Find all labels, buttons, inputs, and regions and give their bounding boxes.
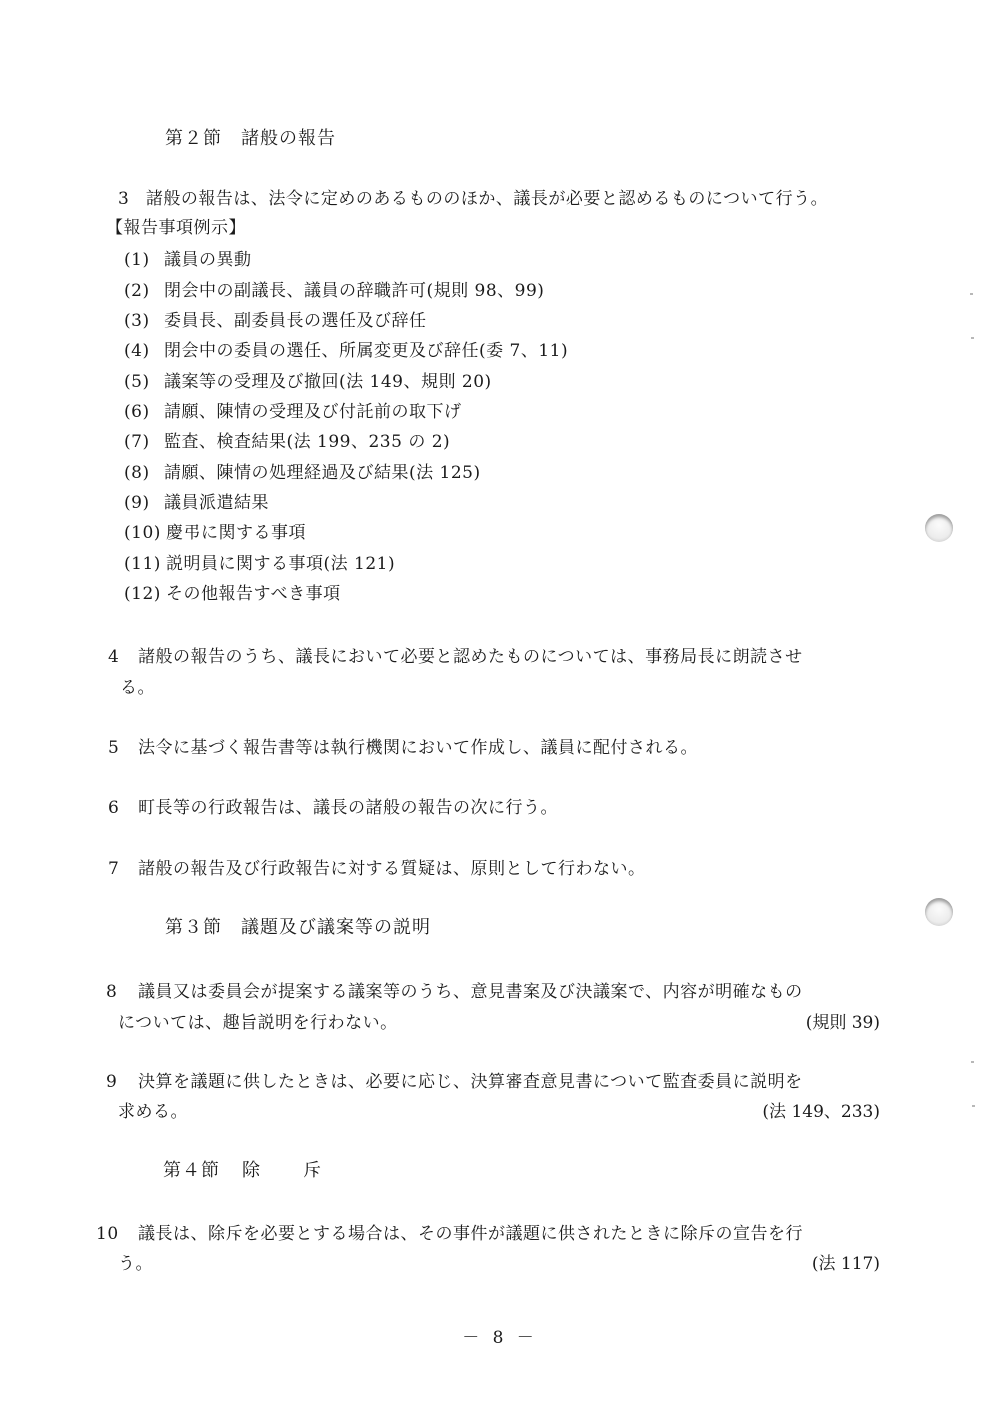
paragraph-text: 諸般の報告のうち、議長において必要と認めたものについては、事務局長に朗読させ bbox=[138, 647, 803, 667]
paragraph-9-line-1: 9決算を議題に供したときは、必要に応じ、決算審査意見書について監査委員に説明を bbox=[106, 1071, 803, 1093]
item-text: 閉会中の副議長、議員の辞職許可(規則 98、99) bbox=[164, 281, 544, 301]
paragraph-text: 議員又は委員会が提案する議案等のうち、意見書案及び決議案で、内容が明確なもの bbox=[138, 982, 803, 1002]
scan-speck bbox=[972, 1105, 975, 1107]
reference-citation: (法 117) bbox=[812, 1253, 880, 1275]
paragraph-number: 8 bbox=[106, 981, 138, 1003]
paragraph-text: 諸般の報告及び行政報告に対する質疑は、原則として行わない。 bbox=[138, 859, 646, 879]
item-marker: (3) bbox=[124, 310, 164, 332]
item-marker: (10) bbox=[124, 522, 166, 544]
example-item-8: (8)請願、陳情の処理経過及び結果(法 125) bbox=[124, 462, 481, 484]
page-number: － 8 － bbox=[0, 1323, 1000, 1348]
item-marker: (9) bbox=[124, 492, 164, 514]
paragraph-10-line-1: 10議長は、除斥を必要とする場合は、その事件が議題に供されたときに除斥の宣告を行 bbox=[96, 1223, 803, 1245]
paragraph-9-line-2: 求める。 bbox=[118, 1101, 188, 1123]
item-text: 議員の異動 bbox=[164, 250, 252, 270]
paragraph-text: 議長は、除斥を必要とする場合は、その事件が議題に供されたときに除斥の宣告を行 bbox=[138, 1224, 803, 1244]
reference-citation: (規則 39) bbox=[806, 1012, 880, 1034]
item-text: 議案等の受理及び撤回(法 149、規則 20) bbox=[164, 372, 492, 392]
item-text: 議員派遣結果 bbox=[164, 493, 269, 513]
paragraph-8-line-2: については、趣旨説明を行わない。 bbox=[118, 1012, 398, 1034]
paragraph-text: 法令に基づく報告書等は執行機関において作成し、議員に配付される。 bbox=[138, 738, 698, 758]
paragraph-4-line-1: 4諸般の報告のうち、議長において必要と認めたものについては、事務局長に朗読させ bbox=[108, 646, 803, 668]
paragraph-number: 5 bbox=[108, 737, 138, 759]
item-marker: (11) bbox=[124, 553, 166, 575]
item-text: 請願、陳情の処理経過及び結果(法 125) bbox=[164, 463, 481, 483]
example-item-9: (9)議員派遣結果 bbox=[124, 492, 269, 514]
item-text: 慶弔に関する事項 bbox=[166, 523, 306, 543]
section-title-char-1: 除 bbox=[242, 1160, 261, 1181]
section-heading-2: 第２節 諸般の報告 bbox=[165, 128, 336, 150]
example-item-3: (3)委員長、副委員長の選任及び辞任 bbox=[124, 310, 427, 332]
paragraph-7: 7諸般の報告及び行政報告に対する質疑は、原則として行わない。 bbox=[108, 858, 646, 880]
paragraph-text: 決算を議題に供したときは、必要に応じ、決算審査意見書について監査委員に説明を bbox=[138, 1072, 803, 1092]
example-item-12: (12)その他報告すべき事項 bbox=[124, 583, 341, 605]
paragraph-number: 10 bbox=[96, 1223, 138, 1245]
paragraph-8-line-1: 8議員又は委員会が提案する議案等のうち、意見書案及び決議案で、内容が明確なもの bbox=[106, 981, 803, 1003]
paragraph-5: 5法令に基づく報告書等は執行機関において作成し、議員に配付される。 bbox=[108, 737, 698, 759]
item-text: 委員長、副委員長の選任及び辞任 bbox=[164, 311, 427, 331]
paragraph-number: 7 bbox=[108, 858, 138, 880]
example-item-10: (10)慶弔に関する事項 bbox=[124, 522, 306, 544]
punch-hole-icon bbox=[925, 514, 953, 542]
example-item-11: (11)説明員に関する事項(法 121) bbox=[124, 553, 395, 575]
paragraph-4-line-2: る。 bbox=[120, 677, 155, 699]
item-marker: (5) bbox=[124, 371, 164, 393]
item-text: 説明員に関する事項(法 121) bbox=[166, 554, 395, 574]
paragraph-number: 6 bbox=[108, 797, 138, 819]
scan-speck bbox=[970, 293, 973, 295]
paragraph-3: 3 諸般の報告は、法令に定めのあるもののほか、議長が必要と認めるものについて行う… bbox=[118, 188, 828, 210]
item-text: 監査、検査結果(法 199、235 の 2) bbox=[164, 432, 450, 452]
item-text: 請願、陳情の受理及び付託前の取下げ bbox=[164, 402, 462, 422]
scan-speck bbox=[971, 337, 974, 339]
item-marker: (8) bbox=[124, 462, 164, 484]
section-title-char-2: 斥 bbox=[303, 1160, 322, 1181]
paragraph-number: 3 bbox=[118, 188, 140, 210]
examples-title: 【報告事項例示】 bbox=[106, 217, 246, 239]
item-text: その他報告すべき事項 bbox=[166, 584, 341, 604]
paragraph-number: 4 bbox=[108, 646, 138, 668]
item-marker: (2) bbox=[124, 280, 164, 302]
section-number: 第４節 bbox=[163, 1160, 220, 1181]
item-marker: (6) bbox=[124, 401, 164, 423]
example-item-7: (7)監査、検査結果(法 199、235 の 2) bbox=[124, 431, 450, 453]
paragraph-10-line-2: う。 bbox=[118, 1253, 153, 1275]
document-page: 第２節 諸般の報告 3 諸般の報告は、法令に定めのあるもののほか、議長が必要と認… bbox=[0, 0, 1000, 1427]
item-marker: (7) bbox=[124, 431, 164, 453]
example-item-2: (2)閉会中の副議長、議員の辞職許可(規則 98、99) bbox=[124, 280, 544, 302]
item-marker: (12) bbox=[124, 583, 166, 605]
example-item-6: (6)請願、陳情の受理及び付託前の取下げ bbox=[124, 401, 462, 423]
section-heading-3: 第３節 議題及び議案等の説明 bbox=[165, 917, 431, 939]
paragraph-6: 6町長等の行政報告は、議長の諸般の報告の次に行う。 bbox=[108, 797, 558, 819]
paragraph-text: 町長等の行政報告は、議長の諸般の報告の次に行う。 bbox=[138, 798, 558, 818]
item-text: 閉会中の委員の選任、所属変更及び辞任(委 7、11) bbox=[164, 341, 568, 361]
example-item-1: (1)議員の異動 bbox=[124, 249, 252, 271]
scan-speck bbox=[971, 1061, 974, 1063]
paragraph-number: 9 bbox=[106, 1071, 138, 1093]
section-heading-4: 第４節除斥 bbox=[163, 1160, 322, 1182]
paragraph-text: 諸般の報告は、法令に定めのあるもののほか、議長が必要と認めるものについて行う。 bbox=[146, 189, 828, 209]
item-marker: (1) bbox=[124, 249, 164, 271]
example-item-5: (5)議案等の受理及び撤回(法 149、規則 20) bbox=[124, 371, 492, 393]
reference-citation: (法 149、233) bbox=[762, 1101, 880, 1123]
punch-hole-icon bbox=[925, 898, 953, 926]
item-marker: (4) bbox=[124, 340, 164, 362]
example-item-4: (4)閉会中の委員の選任、所属変更及び辞任(委 7、11) bbox=[124, 340, 568, 362]
